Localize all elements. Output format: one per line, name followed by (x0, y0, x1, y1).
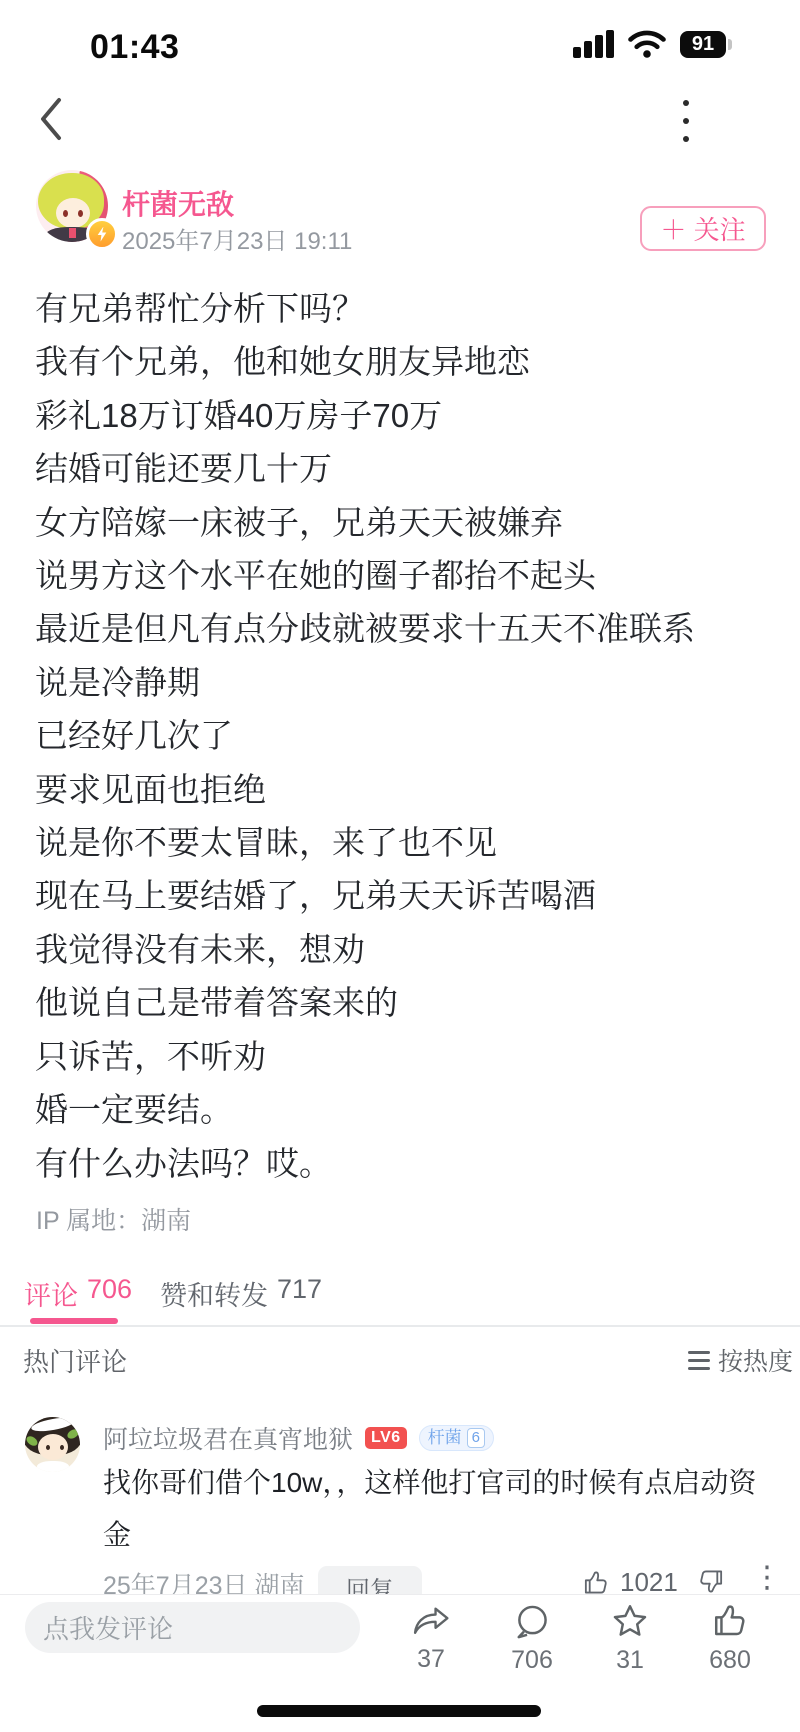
post-text-line: 我有个兄弟，他和她女朋友异地恋 (35, 335, 780, 388)
thumbs-up-icon (582, 1569, 610, 1597)
post-timestamp: 2025年7月23日 19:11 (122, 221, 352, 256)
app-screen: 01:43 91 杆菌无敌 2025年7月23日 19:11 ＋ 关注 有兄弟帮… (0, 0, 800, 1732)
overflow-menu-icon[interactable] (676, 100, 696, 142)
comments-count-bottom: 706 (511, 1646, 553, 1675)
comment-text: 找你哥们借个10w，，这样他打官司的时候有点启动资金 (103, 1457, 783, 1561)
comment-dislike-button[interactable] (697, 1567, 725, 1595)
sort-by-control[interactable]: 按热度 (688, 1342, 793, 1378)
share-button[interactable]: 37 (399, 1602, 463, 1674)
battery-nub (728, 39, 732, 50)
hot-comments-title: 热门评论 (23, 1342, 127, 1379)
commenter-avatar[interactable] (25, 1417, 80, 1472)
fan-badge: 杆菌 6 (419, 1425, 494, 1451)
sort-icon (688, 1351, 710, 1370)
post-text: 有兄弟帮忙分析下吗？我有个兄弟，他和她女朋友异地恋彩礼18万订婚40万房子70万… (35, 282, 780, 1190)
status-time: 01:43 (90, 28, 179, 67)
post-text-line: 有兄弟帮忙分析下吗？ (35, 282, 780, 335)
post-text-line: 结婚可能还要几十万 (35, 442, 780, 495)
comment-input-placeholder: 点我发评论 (43, 1609, 173, 1646)
post-text-line: 最近是但凡有点分歧就被要求十五天不准联系 (35, 602, 780, 655)
post-text-line: 说男方这个水平在她的圈子都抬不起头 (35, 549, 780, 602)
comment-header: 阿垃垃圾君在真宵地狱 LV6 杆菌 6 (103, 1420, 494, 1456)
tab-likes-reposts[interactable]: 赞和转发 717 (160, 1274, 322, 1313)
share-icon (411, 1602, 451, 1639)
like-button[interactable]: 680 (698, 1602, 762, 1675)
like-count: 680 (709, 1646, 751, 1675)
comments-button[interactable]: 706 (500, 1602, 564, 1675)
post-text-line: 女方陪嫁一床被子，兄弟天天被嫌弃 (35, 496, 780, 549)
commenter-username[interactable]: 阿垃垃圾君在真宵地狱 (103, 1420, 353, 1456)
post-text-line: 已经好几次了 (35, 709, 780, 762)
post-text-line: 我觉得没有未来，想劝 (35, 923, 780, 976)
favorite-count: 31 (616, 1646, 644, 1675)
share-count: 37 (417, 1645, 445, 1674)
author-badge-lightning-icon (86, 218, 118, 250)
tab-divider (0, 1325, 800, 1327)
battery-icon: 91 (680, 31, 726, 58)
post-text-line: 有什么办法吗？哎。 (35, 1137, 780, 1190)
post-text-line: 说是你不要太冒昧，来了也不见 (35, 816, 780, 869)
thumbs-up-icon (711, 1602, 749, 1640)
comment-bubble-icon (513, 1602, 551, 1640)
home-indicator (257, 1705, 541, 1717)
thumbs-down-icon (697, 1567, 725, 1595)
ip-location: IP 属地：湖南 (36, 1201, 191, 1237)
comment-overflow-icon[interactable]: ⋮ (752, 1560, 782, 1595)
star-icon (611, 1602, 649, 1640)
post-text-line: 只诉苦，不听劝 (35, 1030, 780, 1083)
post-text-line: 现在马上要结婚了，兄弟天天诉苦喝酒 (35, 869, 780, 922)
post-text-line: 他说自己是带着答案来的 (35, 976, 780, 1029)
comment-input[interactable]: 点我发评论 (25, 1602, 360, 1653)
wifi-icon (627, 29, 667, 59)
level-badge: LV6 (365, 1427, 407, 1449)
follow-button[interactable]: ＋ 关注 (640, 206, 766, 251)
cellular-signal-icon (573, 30, 619, 58)
post-text-line: 要求见面也拒绝 (35, 763, 780, 816)
post-text-line: 说是冷静期 (35, 656, 780, 709)
favorite-button[interactable]: 31 (598, 1602, 662, 1675)
likes-reposts-count: 717 (277, 1274, 322, 1313)
comments-count: 706 (87, 1274, 132, 1313)
active-tab-underline (30, 1318, 118, 1324)
post-text-line: 彩礼18万订婚40万房子70万 (35, 389, 780, 442)
post-text-line: 婚一定要结。 (35, 1083, 780, 1136)
tab-comments[interactable]: 评论 706 (24, 1274, 132, 1313)
back-button[interactable] (36, 96, 70, 142)
author-username[interactable]: 杆菌无敌 (122, 183, 234, 223)
